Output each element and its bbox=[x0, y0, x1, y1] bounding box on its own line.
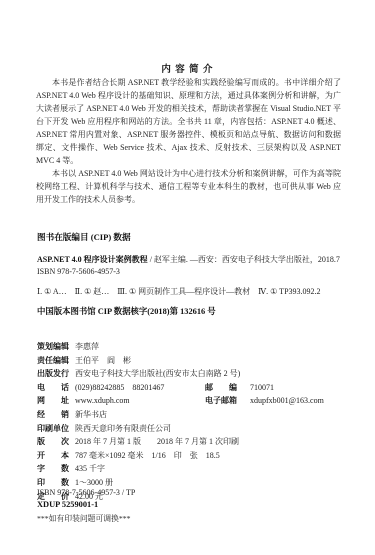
summary-paragraph: 本书是作者结合长期 ASP.NET 教学经验和实践经验编写而成的。书中详细介绍了… bbox=[36, 76, 341, 167]
colophon-value: (029)88242885 88201467 bbox=[75, 383, 164, 392]
colophon-label: 印刷单位 bbox=[37, 422, 71, 436]
colophon-row: 开 本787 毫米×1092 毫米 1/16 印 张 18.5 bbox=[37, 449, 347, 463]
cip-registry: 中国版本图书馆 CIP 数据核字(2018)第 132616 号 bbox=[37, 305, 216, 317]
cip-classification: Ⅰ. ① A… Ⅱ. ① 赵… Ⅲ. ① 网页制作工具—程序设计—教材 Ⅳ. ①… bbox=[37, 286, 321, 297]
print-quality-notice: ***如有印装问题可调换*** bbox=[37, 513, 131, 524]
colophon-row: 电 话(029)88242885 88201467 邮 编710071 bbox=[37, 381, 347, 395]
summary-title: 内 容 简 介 bbox=[0, 61, 375, 75]
colophon-value: 王伯平 阎 彬 bbox=[75, 356, 131, 365]
summary-body: 本书是作者结合长期 ASP.NET 教学经验和实践经验编写而成的。书中详细介绍了… bbox=[36, 76, 341, 206]
colophon-row: 版 次2018 年 7 月第 1 版 2018 年 7 月第 1 次印刷 bbox=[37, 435, 347, 449]
colophon-value: xdupfxb001@163.com bbox=[250, 394, 324, 408]
cip-book-line: ASP.NET 4.0 程序设计案例教程 / 赵军主编. —西安：西安电子科技大… bbox=[37, 254, 340, 265]
colophon-value: 787 毫米×1092 毫米 1/16 印 张 18.5 bbox=[75, 451, 220, 460]
colophon-label: 策划编辑 bbox=[37, 340, 71, 354]
cip-book-title: ASP.NET 4.0 程序设计案例教程 bbox=[37, 255, 148, 264]
colophon-value: 陕西天意印务有限责任公司 bbox=[75, 424, 171, 433]
colophon-label: 邮 编 bbox=[205, 381, 237, 395]
colophon-row: 策划编辑李惠萍 bbox=[37, 340, 347, 354]
isbn-tp-line: ISBN 978-7-5606-4957-3 / TP bbox=[37, 488, 135, 497]
colophon-label: 版 次 bbox=[37, 435, 71, 449]
colophon-value: 1～3000 册 bbox=[75, 478, 113, 487]
colophon-value: 2018 年 7 月第 1 版 2018 年 7 月第 1 次印刷 bbox=[75, 437, 239, 446]
colophon-label: 经 销 bbox=[37, 408, 71, 422]
colophon-row: 责任编辑王伯平 阎 彬 bbox=[37, 354, 347, 368]
colophon-row: 字 数435 千字 bbox=[37, 462, 347, 476]
colophon-value: 710071 bbox=[250, 381, 274, 395]
colophon-label: 字 数 bbox=[37, 462, 71, 476]
copyright-page: 内 容 简 介 本书是作者结合长期 ASP.NET 教学经验和实践经验编写而成的… bbox=[0, 0, 375, 555]
colophon-row: 出版发行西安电子科技大学出版社(西安市太白南路 2 号) bbox=[37, 367, 347, 381]
colophon-label: 开 本 bbox=[37, 449, 71, 463]
colophon-row: 网 址www.xduph.com 电子邮箱xdupfxb001@163.com bbox=[37, 394, 347, 408]
colophon-label: 责任编辑 bbox=[37, 354, 71, 368]
colophon: 策划编辑李惠萍 责任编辑王伯平 阎 彬 出版发行西安电子科技大学出版社(西安市太… bbox=[37, 340, 347, 503]
colophon-row: 印刷单位陕西天意印务有限责任公司 bbox=[37, 422, 347, 436]
colophon-row: 经 销新华书店 bbox=[37, 408, 347, 422]
colophon-label: 电子邮箱 bbox=[205, 394, 237, 408]
colophon-value: www.xduph.com bbox=[75, 396, 130, 405]
cip-header: 图书在版编目 (CIP) 数据 bbox=[37, 231, 131, 243]
colophon-label: 电 话 bbox=[37, 381, 71, 395]
summary-paragraph: 本书以 ASP.NET 4.0 Web 网站设计为中心进行技术分析和案例讲解，可… bbox=[36, 167, 341, 206]
colophon-value: 新华书店 bbox=[75, 410, 107, 419]
colophon-value: 李惠萍 bbox=[75, 342, 99, 351]
colophon-value: 435 千字 bbox=[75, 464, 105, 473]
book-order-number: XDUP 5259001-1 bbox=[37, 500, 98, 509]
cip-isbn: ISBN 978-7-5606-4957-3 bbox=[37, 267, 120, 276]
colophon-value: 西安电子科技大学出版社(西安市太白南路 2 号) bbox=[75, 369, 240, 378]
colophon-label: 出版发行 bbox=[37, 367, 71, 381]
cip-book-imprint: / 赵军主编. —西安：西安电子科技大学出版社，2018.7 bbox=[148, 255, 340, 264]
colophon-label: 网 址 bbox=[37, 394, 71, 408]
